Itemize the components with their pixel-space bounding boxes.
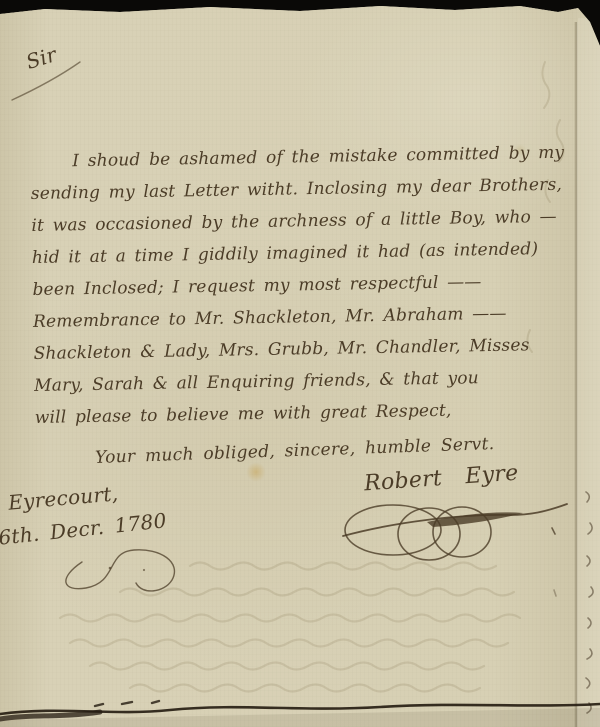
scanned-letter-page: Sir I shoud be ashamed of the mistake co… — [0, 0, 600, 727]
letter-body: I shoud be ashamed of the mistake commit… — [30, 136, 591, 434]
right-page-edge-strip — [578, 18, 600, 727]
paper-sheet: Sir I shoud be ashamed of the mistake co… — [0, 0, 600, 727]
